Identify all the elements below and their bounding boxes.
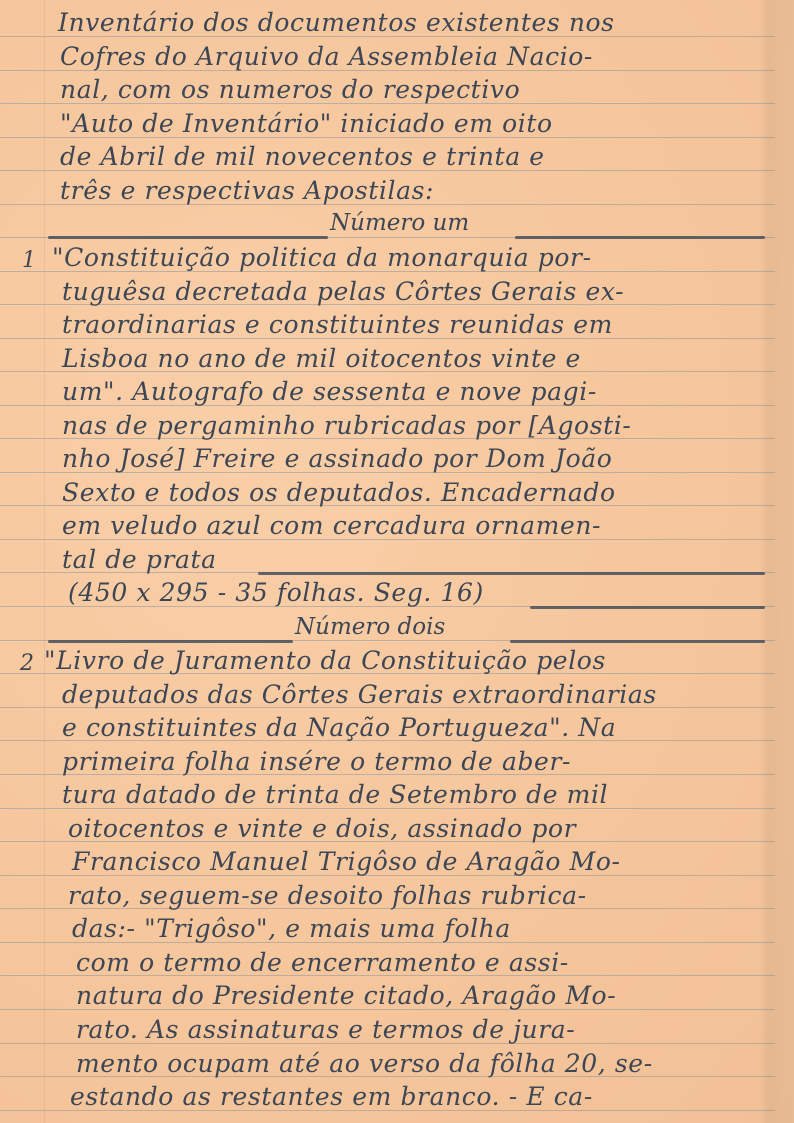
entry-line: deputados das Côrtes Gerais extraordinar…	[62, 680, 657, 710]
entry-line: rato, seguem-se desoito folhas rubrica-	[68, 881, 587, 911]
entry-line: e constituintes da Nação Portugueza". Na	[62, 713, 616, 743]
heading-rule-left	[48, 236, 328, 239]
entry-line: "Livro de Juramento da Constituição pelo…	[44, 646, 606, 676]
heading-rule-left	[48, 640, 293, 643]
entry-line: Francisco Manuel Trigôso de Aragão Mo-	[72, 847, 621, 877]
intro-line: nal, com os numeros do respectivo	[60, 75, 520, 105]
section-title: Número dois	[295, 614, 445, 640]
notebook-page: Inventário dos documentos existentes nos…	[0, 0, 794, 1123]
entry-line: das:- "Trigôso", e mais uma folha	[72, 914, 511, 944]
entry-line: em veludo azul com cercadura ornamen-	[62, 511, 601, 541]
entry-line: primeira folha insére o termo de aber-	[62, 747, 571, 777]
entry-line: com o termo de encerramento e assi-	[76, 948, 569, 978]
intro-line: três e respectivas Apostilas:	[60, 176, 434, 206]
intro-line: Cofres do Arquivo da Assembleia Nacio-	[60, 42, 593, 72]
heading-rule-right	[515, 236, 765, 239]
entry-line: rato. As assinaturas e termos de jura-	[76, 1015, 575, 1045]
section-title: Número um	[330, 210, 469, 236]
entry-line: tuguêsa decretada pelas Côrtes Gerais ex…	[62, 277, 624, 307]
entry-line: estando as restantes em branco. - E ca-	[70, 1082, 593, 1112]
item-number: 1	[22, 248, 36, 273]
entry-line: Sexto e todos os deputados. Encadernado	[62, 478, 616, 508]
entry-line: nho José] Freire e assinado por Dom João	[62, 444, 612, 474]
entry-line: tura datado de trinta de Setembro de mil	[62, 780, 608, 810]
entry-line: traordinarias e constituintes reunidas e…	[62, 310, 613, 340]
margin-line	[44, 0, 45, 1123]
entry-line: nas de pergaminho rubricadas por [Agosti…	[62, 411, 631, 441]
entry-line: Lisboa no ano de mil oitocentos vinte e	[62, 344, 581, 374]
intro-line: Inventário dos documentos existentes nos	[58, 8, 615, 38]
entry-line: natura do Presidente citado, Aragão Mo-	[76, 981, 616, 1011]
intro-line: "Auto de Inventário" iniciado em oito	[60, 109, 553, 139]
entry-line: um". Autografo de sessenta e nove pagi-	[62, 377, 597, 407]
fill-rule	[258, 572, 765, 575]
entry-line: tal de prata	[62, 545, 217, 575]
fill-rule	[530, 606, 765, 609]
entry-line: oitocentos e vinte e dois, assinado por	[68, 814, 576, 844]
entry-line: "Constituição politica da monarquia por-	[52, 243, 592, 273]
intro-line: de Abril de mil novecentos e trinta e	[60, 142, 545, 172]
heading-rule-right	[510, 640, 765, 643]
entry-line: mento ocupam até ao verso da fôlha 20, s…	[76, 1049, 653, 1079]
dimensions-line: (450 x 295 - 35 folhas. Seg. 16)	[68, 578, 484, 608]
item-number: 2	[20, 651, 34, 676]
